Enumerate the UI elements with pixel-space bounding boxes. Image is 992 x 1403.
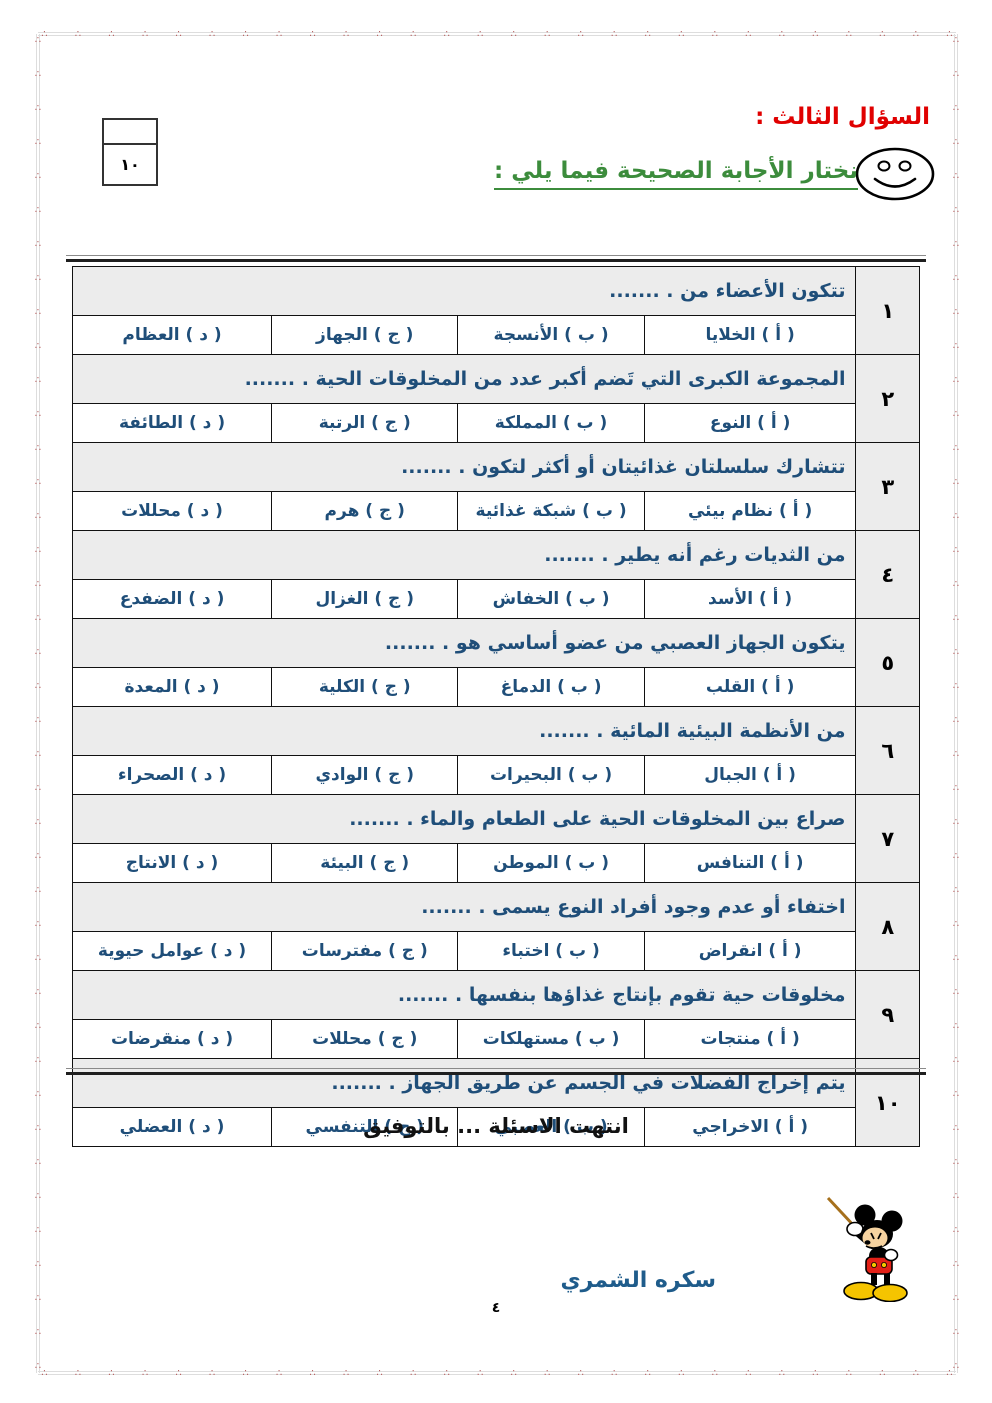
question-text: يتم إخراج الفضلات في الجسم عن طريق الجها…	[73, 1059, 856, 1108]
teacher-name: سكره الشمري	[560, 1268, 716, 1293]
option-a: ( أ ) القلب	[644, 668, 856, 707]
option-c: ( ج ) الوادي	[272, 756, 458, 795]
border-ornament: ∴	[32, 782, 45, 795]
option-b: ( ب ) شبكة غذائية	[458, 492, 644, 531]
border-ornament: ∴	[32, 374, 45, 387]
border-ornament: ∴	[943, 28, 956, 41]
border-ornament: ∴	[950, 646, 963, 659]
border-ornament: ∴	[950, 1054, 963, 1067]
border-ornament: ∴	[38, 28, 51, 41]
border-ornament: ∴	[950, 1156, 963, 1169]
border-ornament: ∴	[950, 782, 963, 795]
option-c: ( ج ) الغزال	[272, 580, 458, 619]
question-text: من الثديات رغم أنه يطير . .......	[73, 531, 856, 580]
option-d: ( د ) منقرضات	[73, 1020, 272, 1059]
answers-row: ( أ ) التنافس ( ب ) الموطن ( ج ) البيئة …	[73, 844, 920, 883]
border-ornament: ∴	[32, 714, 45, 727]
border-ornament: ∴	[950, 408, 963, 421]
border-ornament: ∴	[950, 952, 963, 965]
border-ornament: ∴	[32, 1122, 45, 1135]
border-ornament: ∴	[950, 850, 963, 863]
option-a: ( أ ) التنافس	[644, 844, 856, 883]
border-ornament: ∴	[32, 884, 45, 897]
option-c: ( ج ) الجهاز	[272, 316, 458, 355]
section-title: السؤال الثالث :	[755, 104, 930, 130]
border-ornament: ∴	[32, 476, 45, 489]
option-d: ( د ) عوامل حيوية	[73, 932, 272, 971]
border-ornament: ∴	[950, 1224, 963, 1237]
option-c: ( ج ) الكلية	[272, 668, 458, 707]
option-c: ( ج ) مفترسات	[272, 932, 458, 971]
option-c: ( ج ) محللات	[272, 1020, 458, 1059]
border-ornament: ∴	[950, 1292, 963, 1305]
border-ornament: ∴	[950, 918, 963, 931]
answers-row: ( أ ) القلب ( ب ) الدماغ ( ج ) الكلية ( …	[73, 668, 920, 707]
border-ornament: ∴	[32, 238, 45, 251]
border-ornament: ∴	[32, 34, 45, 47]
option-b: ( ب ) البحيرات	[458, 756, 644, 795]
option-a: ( أ ) منتجات	[644, 1020, 856, 1059]
question-text: اختفاء أو عدم وجود أفراد النوع يسمى . ..…	[73, 883, 856, 932]
question-number: ٩	[856, 971, 920, 1059]
question-number: ٣	[856, 443, 920, 531]
answers-row: ( أ ) انقراض ( ب ) اختباء ( ج ) مفترسات …	[73, 932, 920, 971]
border-ornament: ∴	[950, 238, 963, 251]
option-d: ( د ) العظام	[73, 316, 272, 355]
border-ornament: ∴	[32, 68, 45, 81]
answers-row: ( أ ) منتجات ( ب ) مستهلكات ( ج ) محللات…	[73, 1020, 920, 1059]
border-ornament: ∴	[32, 1292, 45, 1305]
option-b: ( ب ) مستهلكات	[458, 1020, 644, 1059]
question-text: صراع بين المخلوقات الحية على الطعام والم…	[73, 795, 856, 844]
border-ornament: ∴	[32, 986, 45, 999]
smiley-face-icon	[854, 146, 936, 202]
question-row: ٦ من الأنظمة البيئية المائية . .......	[73, 707, 920, 756]
option-c: ( ج ) الرتبة	[272, 404, 458, 443]
border-ornament: ∴	[950, 816, 963, 829]
border-ornament: ∴	[32, 510, 45, 523]
border-ornament: ∴	[950, 612, 963, 625]
option-b: ( ب ) الأنسجة	[458, 316, 644, 355]
horizontal-rule-bottom	[66, 1068, 926, 1075]
question-number: ٨	[856, 883, 920, 971]
option-a: ( أ ) النوع	[644, 404, 856, 443]
border-ornament: ∴	[950, 714, 963, 727]
option-a: ( أ ) انقراض	[644, 932, 856, 971]
border-ornament: ∴	[32, 306, 45, 319]
border-ornament: ∴	[950, 68, 963, 81]
border-ornament: ∴	[32, 136, 45, 149]
border-ornament: ∴	[943, 1367, 956, 1380]
border-ornament: ∴	[32, 272, 45, 285]
border-ornament: ∴	[950, 136, 963, 149]
border-strip-right: ∴∴∴∴∴∴∴∴∴∴∴∴∴∴∴∴∴∴∴∴∴∴∴∴∴∴∴∴∴∴∴∴∴∴∴∴∴∴∴∴	[949, 34, 963, 1373]
answers-row: ( أ ) الخلايا ( ب ) الأنسجة ( ج ) الجهاز…	[73, 316, 920, 355]
option-b: ( ب ) الخفاش	[458, 580, 644, 619]
question-text: يتكون الجهاز العصبي من عضو أساسي هو . ..…	[73, 619, 856, 668]
score-box-empty-cell	[104, 120, 156, 145]
border-ornament: ∴	[32, 102, 45, 115]
option-b: ( ب ) الدماغ	[458, 668, 644, 707]
border-ornament: ∴	[32, 748, 45, 761]
option-d: ( د ) الانتاج	[73, 844, 272, 883]
question-row: ٣ تتشارك سلسلتان غذائيتان أو أكثر لتكون …	[73, 443, 920, 492]
answers-row: ( أ ) نظام بيئي ( ب ) شبكة غذائية ( ج ) …	[73, 492, 920, 531]
border-ornament: ∴	[32, 1258, 45, 1271]
border-ornament: ∴	[32, 170, 45, 183]
border-ornament: ∴	[32, 578, 45, 591]
border-ornament: ∴	[950, 476, 963, 489]
answers-row: ( أ ) الجبال ( ب ) البحيرات ( ج ) الوادي…	[73, 756, 920, 795]
border-ornament: ∴	[32, 1224, 45, 1237]
border-ornament: ∴	[950, 578, 963, 591]
border-ornament: ∴	[950, 986, 963, 999]
border-ornament: ∴	[32, 646, 45, 659]
border-ornament: ∴	[32, 952, 45, 965]
border-ornament: ∴	[950, 1326, 963, 1339]
option-d: ( د ) الصحراء	[73, 756, 272, 795]
question-row: ٥ يتكون الجهاز العصبي من عضو أساسي هو . …	[73, 619, 920, 668]
border-ornament: ∴	[950, 1190, 963, 1203]
option-b: ( ب ) المملكة	[458, 404, 644, 443]
option-c: ( ج ) هرم	[272, 492, 458, 531]
score-box: ١٠	[102, 118, 158, 186]
question-number: ٤	[856, 531, 920, 619]
border-ornament: ∴	[950, 170, 963, 183]
border-ornament: ∴	[32, 1054, 45, 1067]
question-row: ١٠ يتم إخراج الفضلات في الجسم عن طريق ال…	[73, 1059, 920, 1108]
border-ornament: ∴	[950, 204, 963, 217]
option-d: ( د ) الطائفة	[73, 404, 272, 443]
end-of-questions-note: انتهت الاسئلة ... بالتوفيق	[72, 1114, 920, 1138]
option-d: ( د ) محللات	[73, 492, 272, 531]
border-ornament: ∴	[32, 680, 45, 693]
border-ornament: ∴	[32, 918, 45, 931]
border-strip-left: ∴∴∴∴∴∴∴∴∴∴∴∴∴∴∴∴∴∴∴∴∴∴∴∴∴∴∴∴∴∴∴∴∴∴∴∴∴∴∴∴	[31, 34, 45, 1373]
border-ornament: ∴	[950, 1122, 963, 1135]
option-c: ( ج ) البيئة	[272, 844, 458, 883]
border-ornament: ∴	[32, 850, 45, 863]
border-ornament: ∴	[950, 748, 963, 761]
question-number: ٢	[856, 355, 920, 443]
border-ornament: ∴	[38, 1367, 51, 1380]
instruction-line: نختار الأجابة الصحيحة فيما يلي :	[494, 146, 936, 202]
question-row: ٩ مخلوقات حية تقوم بإنتاج غذاؤها بنفسها …	[73, 971, 920, 1020]
quiz-table: ١ تتكون الأعضاء من . ....... ( أ ) الخلا…	[72, 266, 920, 1147]
question-row: ٨ اختفاء أو عدم وجود أفراد النوع يسمى . …	[73, 883, 920, 932]
question-text: تتشارك سلسلتان غذائيتان أو أكثر لتكون . …	[73, 443, 856, 492]
question-number: ٧	[856, 795, 920, 883]
option-a: ( أ ) الخلايا	[644, 316, 856, 355]
question-text: مخلوقات حية تقوم بإنتاج غذاؤها بنفسها . …	[73, 971, 856, 1020]
border-ornament: ∴	[950, 340, 963, 353]
question-text: من الأنظمة البيئية المائية . .......	[73, 707, 856, 756]
option-d: ( د ) المعدة	[73, 668, 272, 707]
question-text: تتكون الأعضاء من . .......	[73, 267, 856, 316]
border-ornament: ∴	[32, 1326, 45, 1339]
border-ornament: ∴	[32, 408, 45, 421]
horizontal-rule-top	[66, 255, 926, 262]
answers-row: ( أ ) الأسد ( ب ) الخفاش ( ج ) الغزال ( …	[73, 580, 920, 619]
border-ornament: ∴	[950, 442, 963, 455]
border-ornament: ∴	[32, 612, 45, 625]
exam-page: ∴∴∴∴∴∴∴∴∴∴∴∴∴∴∴∴∴∴∴∴∴∴∴∴∴∴∴∴ ∴∴∴∴∴∴∴∴∴∴∴…	[0, 0, 992, 1403]
border-ornament: ∴	[950, 884, 963, 897]
page-number: ٤	[72, 1300, 920, 1316]
border-ornament: ∴	[950, 1088, 963, 1101]
border-ornament: ∴	[950, 680, 963, 693]
border-ornament: ∴	[950, 306, 963, 319]
option-a: ( أ ) نظام بيئي	[644, 492, 856, 531]
question-number: ٦	[856, 707, 920, 795]
option-a: ( أ ) الجبال	[644, 756, 856, 795]
score-box-total: ١٠	[104, 145, 156, 184]
question-number: ١	[856, 267, 920, 355]
option-b: ( ب ) الموطن	[458, 844, 644, 883]
mickey-mouse-clipart	[818, 1194, 912, 1302]
border-ornament: ∴	[32, 204, 45, 217]
border-ornament: ∴	[950, 272, 963, 285]
question-row: ١ تتكون الأعضاء من . .......	[73, 267, 920, 316]
border-ornament: ∴	[950, 1360, 963, 1373]
border-ornament: ∴	[32, 1088, 45, 1101]
border-ornament: ∴	[32, 1020, 45, 1033]
border-ornament: ∴	[32, 442, 45, 455]
border-ornament: ∴	[950, 1258, 963, 1271]
question-row: ٤ من الثديات رغم أنه يطير . .......	[73, 531, 920, 580]
border-ornament: ∴	[32, 1156, 45, 1169]
border-ornament: ∴	[950, 1020, 963, 1033]
border-ornament: ∴	[950, 544, 963, 557]
option-b: ( ب ) اختباء	[458, 932, 644, 971]
option-d: ( د ) الضفدع	[73, 580, 272, 619]
question-text: المجموعة الكبرى التي تَضم أكبر عدد من ال…	[73, 355, 856, 404]
question-row: ٧ صراع بين المخلوقات الحية على الطعام وا…	[73, 795, 920, 844]
border-ornament: ∴	[32, 544, 45, 557]
border-ornament: ∴	[32, 340, 45, 353]
answers-row: ( أ ) النوع ( ب ) المملكة ( ج ) الرتبة (…	[73, 404, 920, 443]
border-ornament: ∴	[32, 1190, 45, 1203]
question-number: ٥	[856, 619, 920, 707]
border-ornament: ∴	[950, 510, 963, 523]
instruction-text: نختار الأجابة الصحيحة فيما يلي :	[494, 158, 858, 190]
question-row: ٢ المجموعة الكبرى التي تَضم أكبر عدد من …	[73, 355, 920, 404]
border-ornament: ∴	[32, 1360, 45, 1373]
border-ornament: ∴	[950, 34, 963, 47]
border-ornament: ∴	[950, 102, 963, 115]
border-ornament: ∴	[950, 374, 963, 387]
border-ornament: ∴	[32, 816, 45, 829]
option-a: ( أ ) الأسد	[644, 580, 856, 619]
